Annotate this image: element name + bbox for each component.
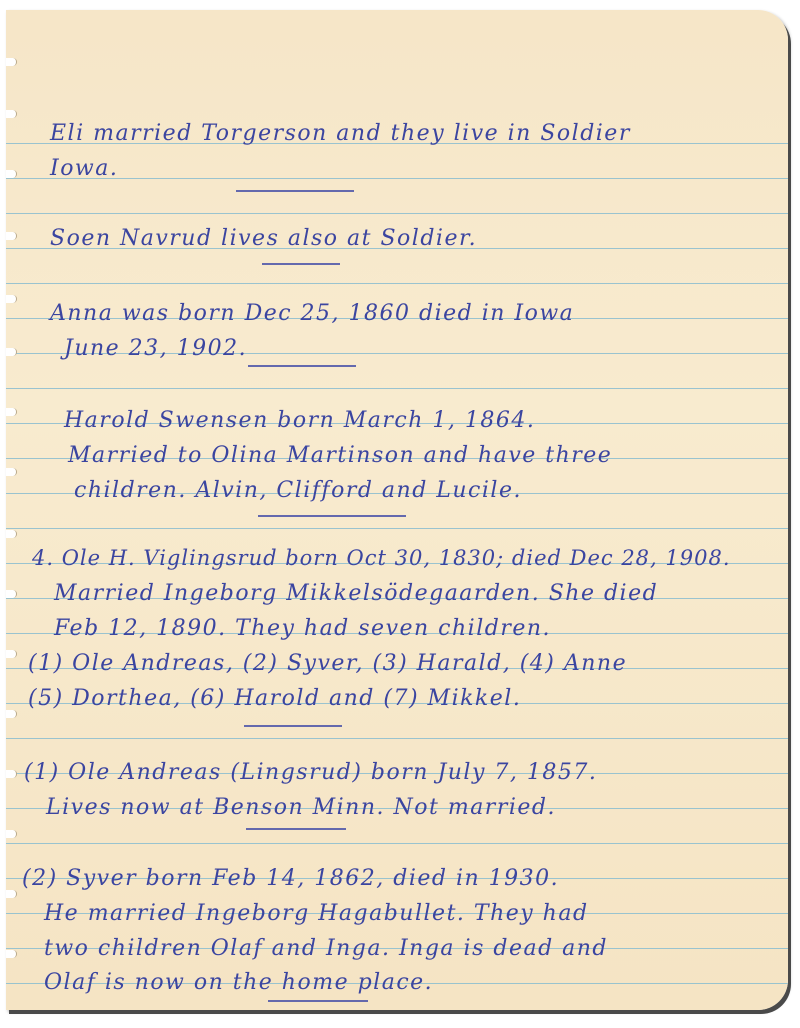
binding-hole <box>6 468 17 476</box>
section-separator <box>268 1000 368 1002</box>
binding-hole <box>6 110 17 118</box>
text-line: 4. Ole H. Viglingsrud born Oct 30, 1830;… <box>32 548 731 569</box>
text-line: Harold Swensen born March 1, 1864. <box>64 410 535 432</box>
binding-hole <box>6 530 17 538</box>
binding-hole <box>6 295 17 303</box>
text-line: Married Ingeborg Mikkelsödegaarden. She … <box>54 583 658 605</box>
text-line: two children Olaf and Inga. Inga is dead… <box>44 938 608 960</box>
binding-hole <box>6 590 17 598</box>
text-line: He married Ingeborg Hagabullet. They had <box>44 903 589 925</box>
ruled-line <box>6 388 788 389</box>
text-line: Iowa. <box>50 158 118 180</box>
binding-hole <box>6 348 17 356</box>
section-separator <box>236 190 354 192</box>
text-line: Soen Navrud lives also at Soldier. <box>50 228 477 250</box>
text-line: (1) Ole Andreas (Lingsrud) born July 7, … <box>24 762 597 784</box>
binding-hole <box>6 830 17 838</box>
binding-hole <box>6 408 17 416</box>
binding-hole <box>6 170 17 178</box>
binding-hole <box>6 710 17 718</box>
binding-hole <box>6 58 17 66</box>
binding-hole <box>6 232 17 240</box>
text-line: (5) Dorthea, (6) Harold and (7) Mikkel. <box>28 688 521 710</box>
text-line: Olaf is now on the home place. <box>44 972 433 994</box>
text-line: Anna was born Dec 25, 1860 died in Iowa <box>50 303 574 325</box>
section-separator <box>262 263 340 265</box>
section-separator <box>258 515 406 517</box>
notebook-page: Eli married Torgerson and they live in S… <box>6 10 788 1010</box>
section-separator <box>248 365 356 367</box>
section-separator <box>244 725 342 727</box>
binding-hole <box>6 770 17 778</box>
text-line: Feb 12, 1890. They had seven children. <box>54 618 551 640</box>
ruled-line <box>6 738 788 739</box>
text-line: (2) Syver born Feb 14, 1862, died in 193… <box>22 868 559 890</box>
binding-hole <box>6 950 17 958</box>
ruled-line <box>6 213 788 214</box>
text-line: (1) Ole Andreas, (2) Syver, (3) Harald, … <box>28 653 627 675</box>
ruled-line <box>6 843 788 844</box>
section-separator <box>246 828 346 830</box>
ruled-line <box>6 178 788 179</box>
binding-hole <box>6 890 17 898</box>
text-line: June 23, 1902. <box>64 338 247 360</box>
ruled-line <box>6 528 788 529</box>
ruled-line <box>6 283 788 284</box>
text-line: Eli married Torgerson and they live in S… <box>50 123 631 145</box>
text-line: Married to Olina Martinson and have thre… <box>68 445 612 467</box>
binding-hole <box>6 650 17 658</box>
text-line: Lives now at Benson Minn. Not married. <box>46 797 556 819</box>
text-line: children. Alvin, Clifford and Lucile. <box>74 480 522 502</box>
